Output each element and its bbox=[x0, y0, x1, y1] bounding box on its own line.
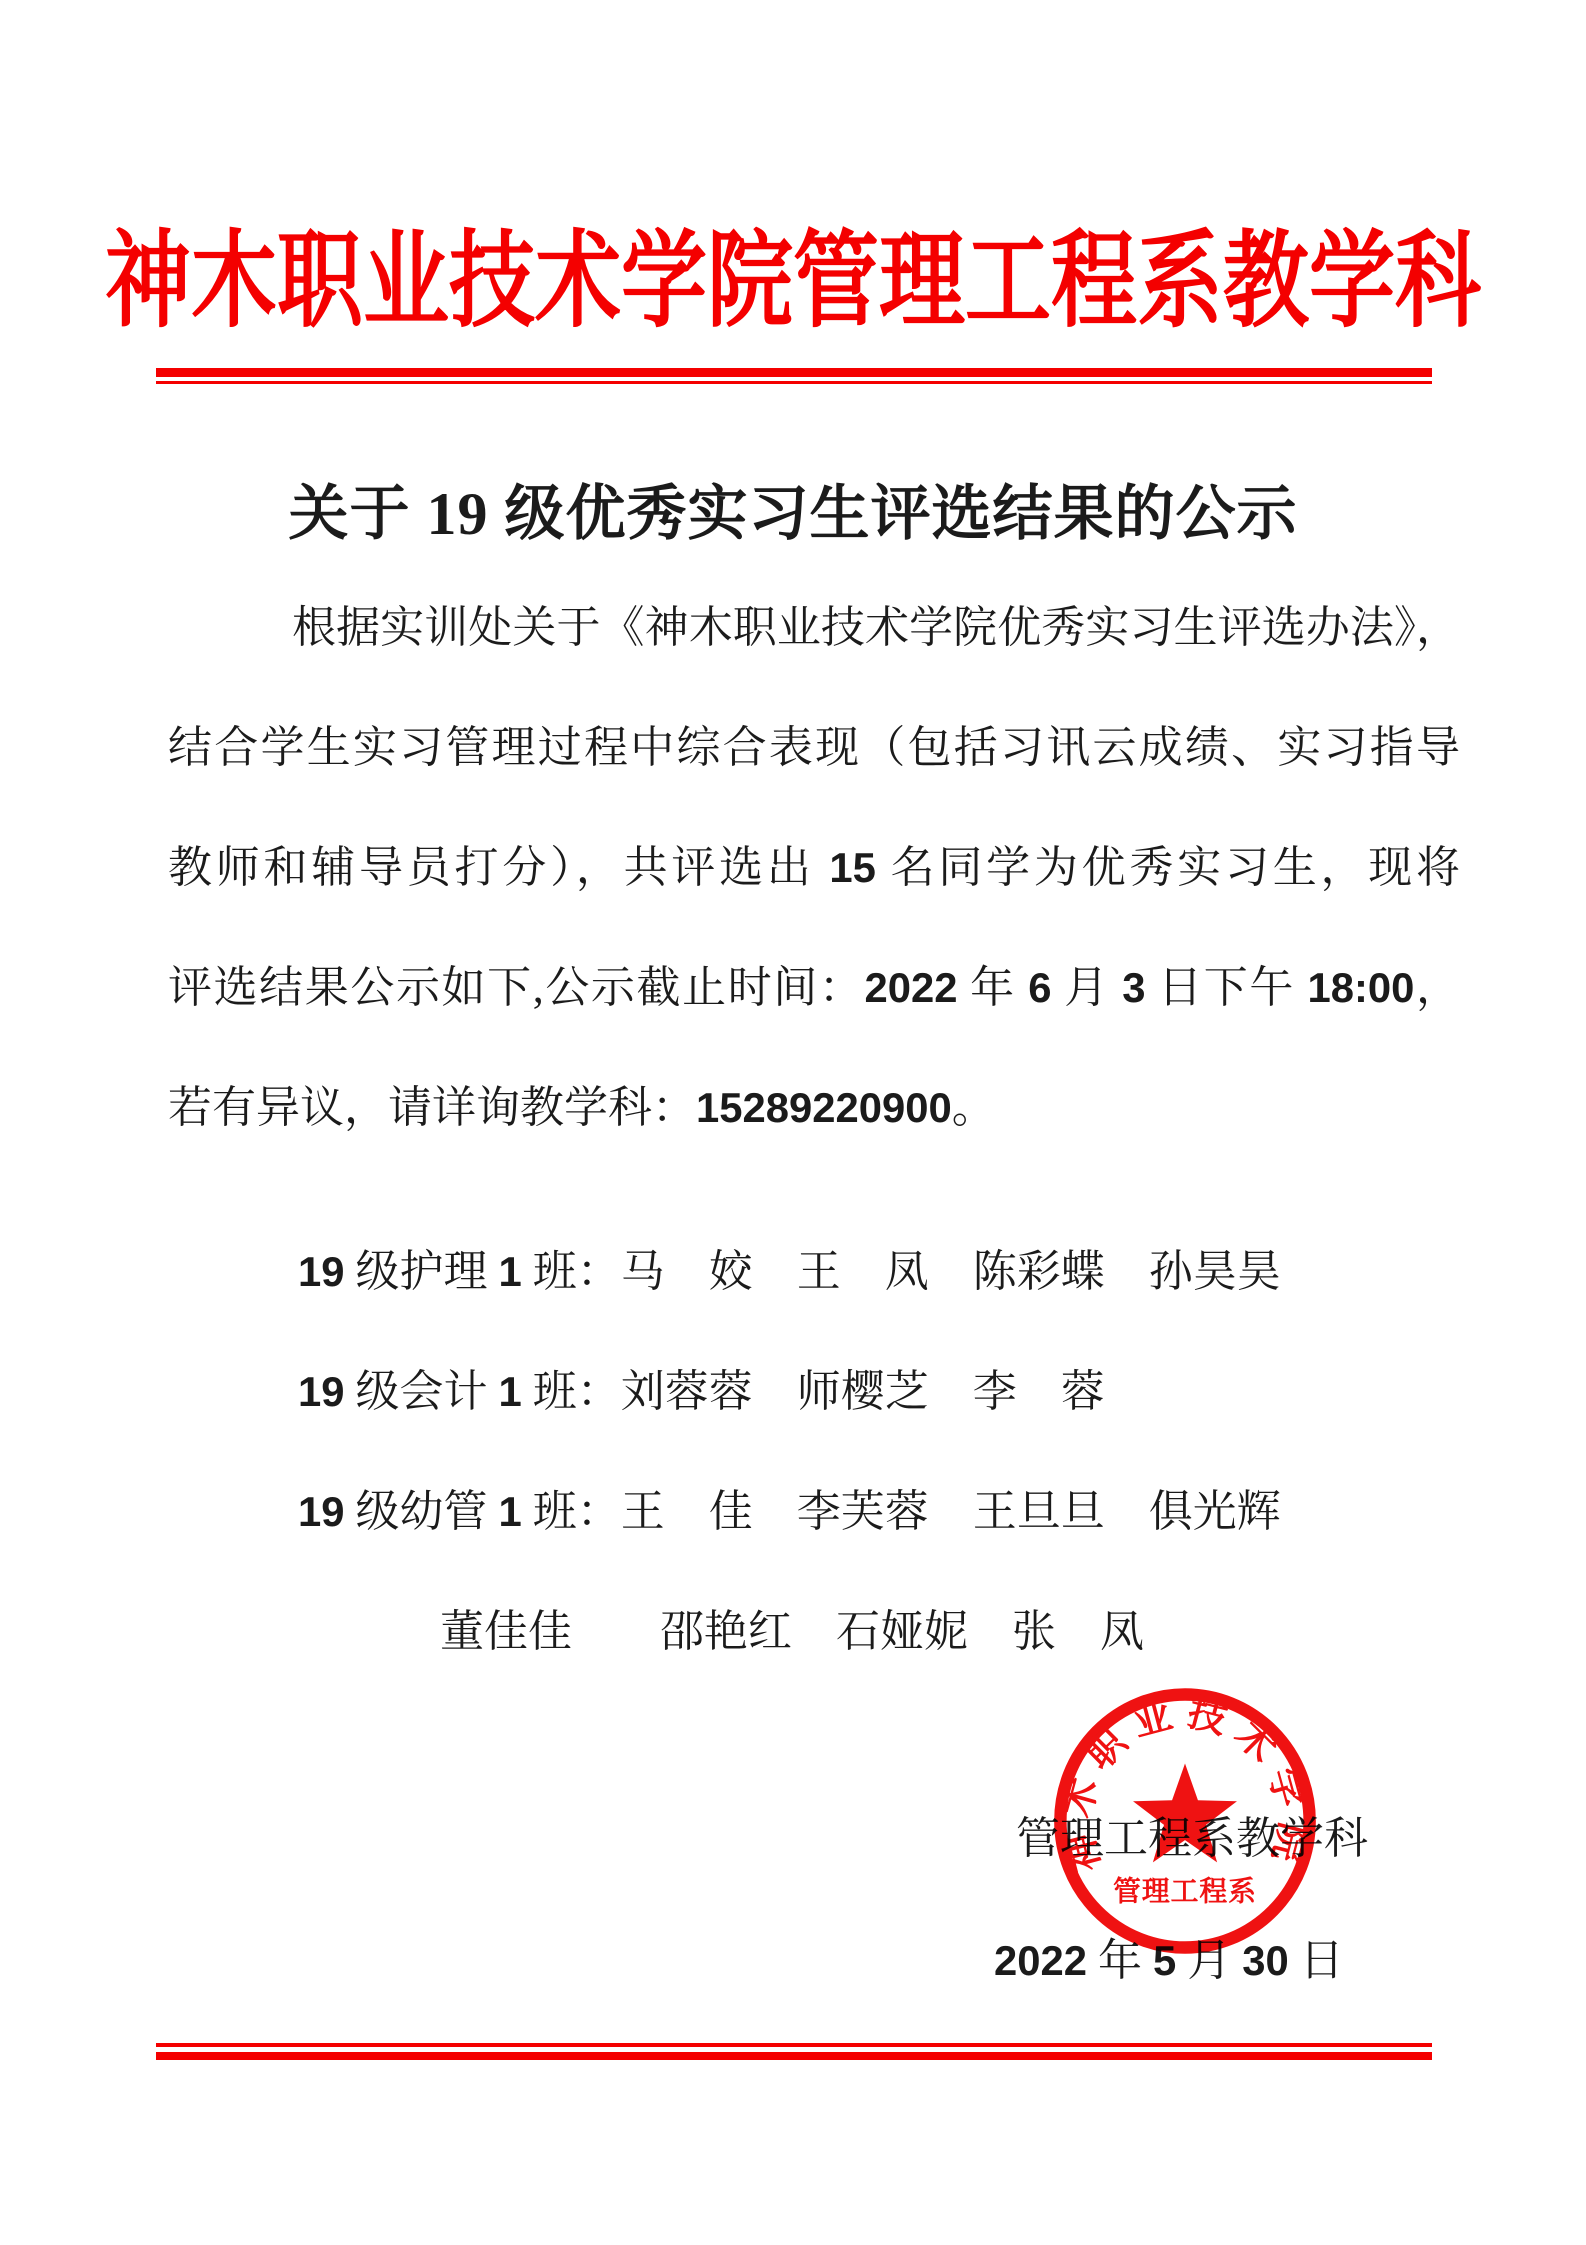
roster-line: 19 级护理 1 班：马 姣 王 凤 陈彩蝶 孙昊昊 bbox=[298, 1212, 1281, 1332]
body-line: 结合学生实习管理过程中综合表现（包括习讯云成绩、实习指导 bbox=[168, 688, 1460, 808]
separator-thick-line bbox=[156, 368, 1432, 377]
body-paragraph: 根据实训处关于《神木职业技术学院优秀实习生评选办法》， 结合学生实习管理过程中综… bbox=[168, 568, 1460, 1168]
body-line: 教师和辅导员打分），共评选出 15 名同学为优秀实习生，现将 bbox=[168, 808, 1460, 928]
document-page: 神木职业技术学院管理工程系教学科 关于 19 级优秀实习生评选结果的公示 根据实… bbox=[0, 0, 1586, 2245]
seal-bottom-text: 管理工程系 bbox=[1113, 1876, 1257, 1908]
roster-line: 19 级会计 1 班：刘蓉蓉 师樱芝 李 蓉 bbox=[298, 1332, 1281, 1452]
signature-department: 管理工程系教学科 bbox=[1016, 1802, 1368, 1866]
footer-separator bbox=[156, 2043, 1432, 2060]
separator-thin-line bbox=[156, 2043, 1432, 2047]
letterhead-title: 神木职业技术学院管理工程系教学科 bbox=[0, 196, 1586, 347]
body-line: 评选结果公示如下,公示截止时间：2022 年 6 月 3 日下午 18:00， bbox=[168, 928, 1460, 1048]
signature-date: 2022 年 5 月 30 日 bbox=[994, 1924, 1344, 1988]
separator-thick-line bbox=[156, 2052, 1432, 2060]
body-line: 根据实训处关于《神木职业技术学院优秀实习生评选办法》， bbox=[168, 568, 1460, 688]
body-line: 若有异议，请详询教学科：15289220900。 bbox=[168, 1048, 1460, 1168]
separator-thin-line bbox=[156, 381, 1432, 384]
document-title: 关于 19 级优秀实习生评选结果的公示 bbox=[0, 466, 1586, 552]
roster-line: 董佳佳 邵艳红 石娅妮 张 凤 bbox=[298, 1572, 1281, 1692]
header-separator bbox=[156, 368, 1432, 384]
roster-line: 19 级幼管 1 班：王 佳 李芙蓉 王旦旦 俱光辉 bbox=[298, 1452, 1281, 1572]
student-roster: 19 级护理 1 班：马 姣 王 凤 陈彩蝶 孙昊昊 19 级会计 1 班：刘蓉… bbox=[298, 1212, 1281, 1692]
